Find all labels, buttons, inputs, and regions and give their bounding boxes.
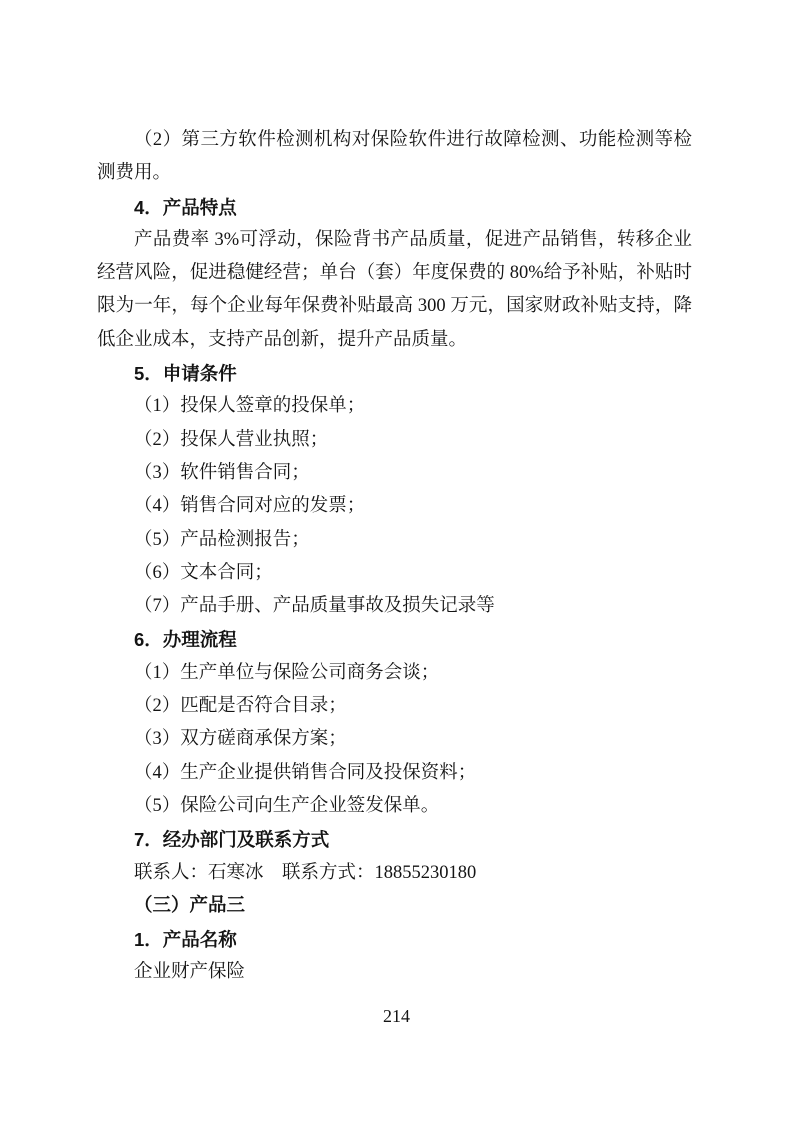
- text-line: （7）产品手册、产品质量事故及损失记录等: [97, 590, 692, 623]
- text-line: （1）生产单位与保险公司商务会谈；: [97, 657, 692, 690]
- text-line: （1）投保人签章的投保单；: [97, 390, 692, 423]
- text-line: （2）第三方软件检测机构对保险软件进行故障检测、功能检测等检: [97, 124, 692, 157]
- page-number: 214: [383, 1006, 410, 1026]
- page-footer: 214: [0, 1004, 793, 1028]
- text-line: （2）匹配是否符合目录；: [97, 690, 692, 723]
- text-line: 限为一年，每个企业每年保费补贴最高 300 万元，国家财政补贴支持，降: [97, 290, 692, 323]
- text-line: 联系人：石寒冰 联系方式：18855230180: [97, 857, 692, 890]
- text-line: 4．产品特点: [97, 191, 692, 224]
- text-line: 测费用。: [97, 157, 692, 190]
- document-body: （2）第三方软件检测机构对保险软件进行故障检测、功能检测等检测费用。4．产品特点…: [97, 124, 692, 990]
- text-line: （6）文本合同；: [97, 557, 692, 590]
- text-line: （3）软件销售合同；: [97, 457, 692, 490]
- text-line: 经营风险，促进稳健经营；单台（套）年度保费的 80%给予补贴，补贴时: [97, 257, 692, 290]
- text-line: （3）双方磋商承保方案；: [97, 723, 692, 756]
- text-line: 1．产品名称: [97, 923, 692, 956]
- text-line: （5）产品检测报告；: [97, 524, 692, 557]
- text-line: （2）投保人营业执照；: [97, 424, 692, 457]
- document-page: （2）第三方软件检测机构对保险软件进行故障检测、功能检测等检测费用。4．产品特点…: [0, 0, 793, 1122]
- text-line: （4）生产企业提供销售合同及投保资料；: [97, 757, 692, 790]
- text-line: （三）产品三: [97, 890, 692, 923]
- text-line: 7．经办部门及联系方式: [97, 823, 692, 856]
- text-line: 5．申请条件: [97, 357, 692, 390]
- text-line: 6．办理流程: [97, 623, 692, 656]
- text-line: （4）销售合同对应的发票；: [97, 490, 692, 523]
- text-line: 产品费率 3%可浮动，保险背书产品质量，促进产品销售，转移企业: [97, 224, 692, 257]
- text-line: 企业财产保险: [97, 956, 692, 989]
- text-line: （5）保险公司向生产企业签发保单。: [97, 790, 692, 823]
- text-line: 低企业成本，支持产品创新，提升产品质量。: [97, 324, 692, 357]
